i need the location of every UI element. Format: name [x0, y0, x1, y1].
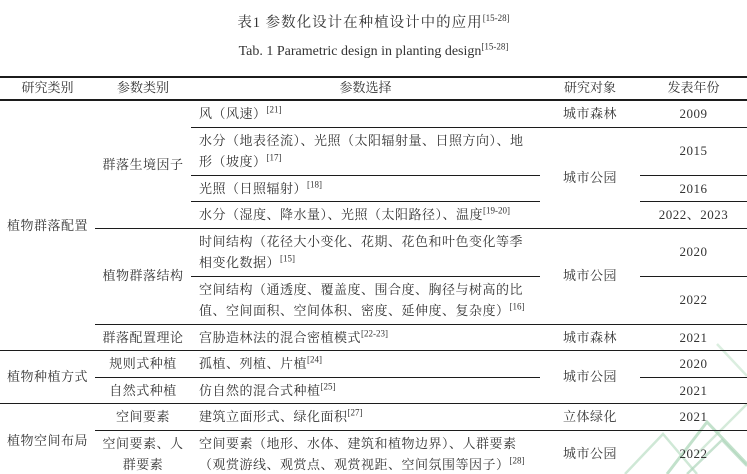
param-selection-text: 风（风速）	[199, 106, 267, 121]
cell-research-object: 立体绿化	[540, 404, 640, 431]
cell-param-category: 群落配置理论	[95, 324, 191, 351]
cell-param-category: 植物群落结构	[95, 228, 191, 324]
table-row: 植物群落配置 群落生境因子 风（风速）[21] 城市森林 2009	[0, 100, 747, 127]
cell-param-selection: 建筑立面形式、绿化面积[27]	[191, 404, 540, 431]
cell-research-object: 城市森林	[540, 100, 640, 127]
ref-superscript: [18]	[307, 179, 322, 189]
ref-superscript: [24]	[307, 355, 322, 365]
caption-en-text: Tab. 1 Parametric design in planting des…	[239, 44, 482, 59]
ref-superscript: [21]	[267, 105, 282, 115]
caption-zh-ref-superscript: [15-28]	[483, 13, 510, 23]
ref-superscript: [16]	[510, 302, 525, 312]
cell-param-selection: 仿自然的混合式种植[25]	[191, 377, 540, 404]
cell-param-category: 群落生境因子	[95, 100, 191, 228]
ref-superscript: [28]	[510, 456, 525, 466]
table-row: 空间要素、人群要素 空间要素（地形、水体、建筑和植物边界）、人群要素（观赏游线、…	[0, 430, 747, 474]
param-selection-text: 建筑立面形式、绿化面积	[199, 409, 348, 424]
param-selection-text: 宫胁造林法的混合密植模式	[199, 330, 361, 345]
cell-year: 2022	[640, 276, 747, 324]
param-selection-text: 孤植、列植、片植	[199, 356, 307, 371]
ref-superscript: [15]	[280, 254, 295, 264]
cell-year: 2022	[640, 430, 747, 474]
cell-year: 2009	[640, 100, 747, 127]
cell-research-object: 城市公园	[540, 228, 640, 324]
table-caption: 表1 参数化设计在种植设计中的应用[15-28] Tab. 1 Parametr…	[0, 0, 747, 63]
cell-research-object: 城市公园	[540, 127, 640, 228]
cell-param-selection: 孤植、列植、片植[24]	[191, 351, 540, 378]
cell-param-category: 空间要素、人群要素	[95, 430, 191, 474]
table-caption-en: Tab. 1 Parametric design in planting des…	[0, 41, 747, 63]
table-row: 植物空间布局 空间要素 建筑立面形式、绿化面积[27] 立体绿化 2021	[0, 404, 747, 431]
table-row: 群落配置理论 宫胁造林法的混合密植模式[22-23] 城市森林 2021	[0, 324, 747, 351]
param-selection-text: 水分（地表径流）、光照（太阳辐射量、日照方向）、地形（坡度）	[199, 133, 524, 170]
ref-superscript: [22-23]	[361, 328, 388, 338]
cell-param-selection: 空间要素（地形、水体、建筑和植物边界）、人群要素（观赏游线、观赏点、观赏视距、空…	[191, 430, 540, 474]
cell-param-selection: 风（风速）[21]	[191, 100, 540, 127]
table-row: 植物群落结构 时间结构（花径大小变化、花期、花色和叶色变化等季相变化数据）[15…	[0, 228, 747, 276]
col-header-research-category: 研究类别	[0, 77, 95, 100]
ref-superscript: [19-20]	[483, 206, 510, 216]
table-row: 植物种植方式 规则式种植 孤植、列植、片植[24] 城市公园 2020	[0, 351, 747, 378]
cell-year: 2015	[640, 127, 747, 175]
cell-param-selection: 水分（湿度、降水量）、光照（太阳路径）、温度[19-20]	[191, 202, 540, 229]
cell-param-category: 空间要素	[95, 404, 191, 431]
cell-param-category: 自然式种植	[95, 377, 191, 404]
cell-research-object: 城市公园	[540, 351, 640, 404]
col-header-publish-year: 发表年份	[640, 77, 747, 100]
col-header-research-object: 研究对象	[540, 77, 640, 100]
cell-year: 2022、2023	[640, 202, 747, 229]
table-caption-zh: 表1 参数化设计在种植设计中的应用[15-28]	[0, 12, 747, 34]
param-selection-text: 光照（日照辐射）	[199, 181, 307, 196]
ref-superscript: [25]	[321, 381, 336, 391]
cell-param-category: 规则式种植	[95, 351, 191, 378]
caption-en-ref-superscript: [15-28]	[481, 41, 508, 51]
parametric-design-table: 研究类别 参数类别 参数选择 研究对象 发表年份 植物群落配置 群落生境因子 风…	[0, 76, 747, 474]
cell-research-category: 植物群落配置	[0, 100, 95, 351]
param-selection-text: 水分（湿度、降水量）、光照（太阳路径）、温度	[199, 207, 483, 222]
cell-year: 2016	[640, 175, 747, 202]
cell-year: 2021	[640, 404, 747, 431]
ref-superscript: [17]	[267, 153, 282, 163]
cell-year: 2021	[640, 324, 747, 351]
cell-year: 2020	[640, 228, 747, 276]
caption-zh-text: 表1 参数化设计在种植设计中的应用	[237, 15, 482, 31]
cell-research-object: 城市公园	[540, 430, 640, 474]
ref-superscript: [27]	[348, 408, 363, 418]
cell-research-object: 城市森林	[540, 324, 640, 351]
paper-page: 表1 参数化设计在种植设计中的应用[15-28] Tab. 1 Parametr…	[0, 0, 747, 474]
cell-param-selection: 光照（日照辐射）[18]	[191, 175, 540, 202]
cell-year: 2020	[640, 351, 747, 378]
cell-param-selection: 空间结构（通透度、覆盖度、围合度、胸径与树高的比值、空间面积、空间体积、密度、延…	[191, 276, 540, 324]
cell-param-selection: 宫胁造林法的混合密植模式[22-23]	[191, 324, 540, 351]
param-selection-text: 空间要素（地形、水体、建筑和植物边界）、人群要素（观赏游线、观赏点、观赏视距、空…	[199, 436, 517, 473]
cell-research-category: 植物空间布局	[0, 404, 95, 474]
param-selection-text: 空间结构（通透度、覆盖度、围合度、胸径与树高的比值、空间面积、空间体积、密度、延…	[199, 282, 523, 319]
cell-year: 2021	[640, 377, 747, 404]
param-selection-text: 仿自然的混合式种植	[199, 383, 321, 398]
cell-param-selection: 时间结构（花径大小变化、花期、花色和叶色变化等季相变化数据）[15]	[191, 228, 540, 276]
col-header-param-selection: 参数选择	[191, 77, 540, 100]
param-selection-text: 时间结构（花径大小变化、花期、花色和叶色变化等季相变化数据）	[199, 234, 523, 271]
col-header-param-category: 参数类别	[95, 77, 191, 100]
cell-research-category: 植物种植方式	[0, 351, 95, 404]
cell-param-selection: 水分（地表径流）、光照（太阳辐射量、日照方向）、地形（坡度）[17]	[191, 127, 540, 175]
table-header-row: 研究类别 参数类别 参数选择 研究对象 发表年份	[0, 77, 747, 100]
